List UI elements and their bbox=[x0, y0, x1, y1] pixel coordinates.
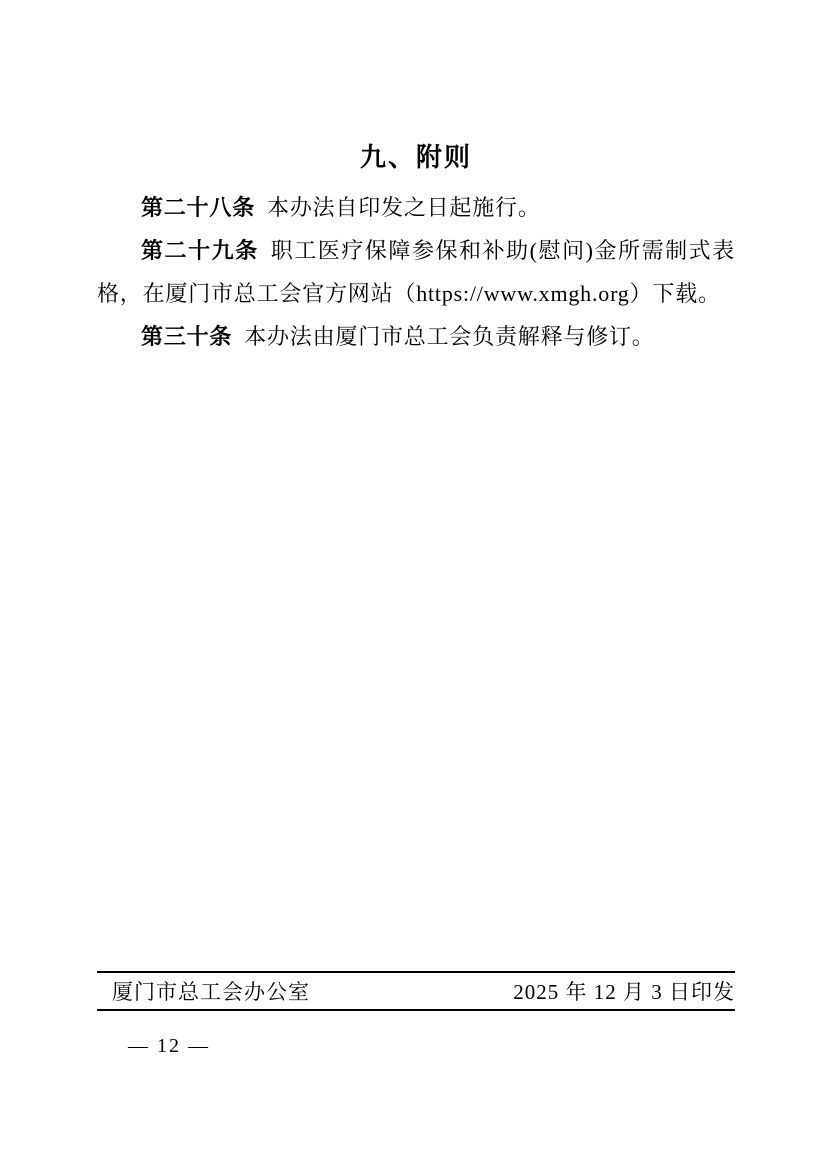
footer-colophon: 厦门市总工会办公室 2025 年 12 月 3 日印发 bbox=[97, 971, 735, 1011]
article-paragraph: 第二十八条本办法自印发之日起施行。 bbox=[97, 186, 735, 229]
article-text: 本办法由厦门市总工会负责解释与修订。 bbox=[244, 324, 654, 349]
issuing-office: 厦门市总工会办公室 bbox=[112, 976, 310, 1006]
page-number: — 12 — bbox=[128, 1032, 210, 1060]
article-label: 第二十九条 bbox=[141, 238, 259, 263]
article-paragraph: 第三十条本办法由厦门市总工会负责解释与修订。 bbox=[97, 315, 735, 358]
article-paragraph: 第二十九条职工医疗保障参保和补助(慰问)金所需制式表格，在厦门市总工会官方网站（… bbox=[97, 229, 735, 315]
article-label: 第二十八条 bbox=[141, 195, 255, 220]
section-heading: 九、附则 bbox=[97, 141, 735, 173]
print-date: 2025 年 12 月 3 日印发 bbox=[513, 976, 735, 1006]
article-label: 第三十条 bbox=[141, 324, 232, 349]
document-page: 九、附则 第二十八条本办法自印发之日起施行。 第二十九条职工医疗保障参保和补助(… bbox=[0, 0, 827, 1170]
article-text: 本办法自印发之日起施行。 bbox=[267, 195, 541, 220]
document-body: 九、附则 第二十八条本办法自印发之日起施行。 第二十九条职工医疗保障参保和补助(… bbox=[97, 141, 735, 358]
